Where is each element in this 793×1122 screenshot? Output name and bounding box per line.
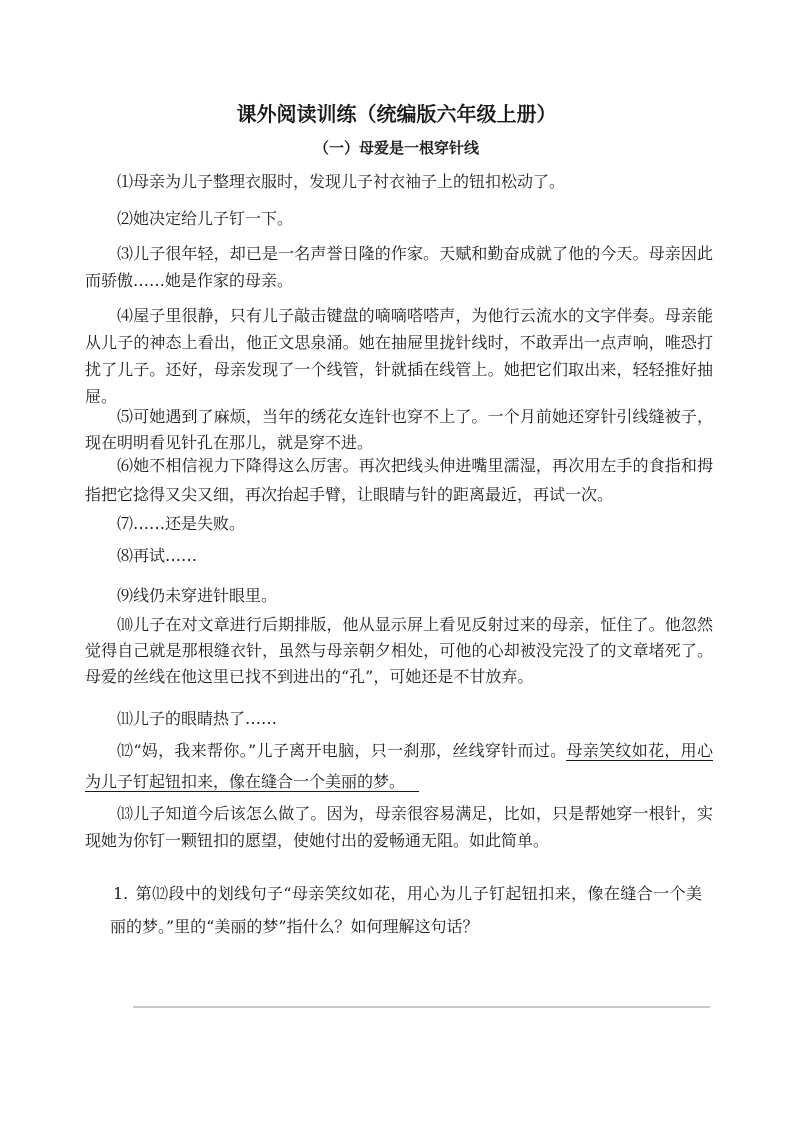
paragraph-12-lead-text: ⑿“妈，我来帮你。”儿子离开电脑，只一刹那，丝线穿针而过。 bbox=[117, 741, 566, 760]
question-1: 1.第⑿段中的划线句子“母亲笑纹如花，用心为儿子钉起钮扣来，像在缝合一个美丽的梦… bbox=[110, 877, 702, 943]
passage-paragraph-8: ⑻再试…… bbox=[85, 542, 713, 569]
passage-paragraph-10: ⑽儿子在对文章进行后期排版，他从显示屏上看见反射过来的母亲，怔住了。他忽然觉得自… bbox=[85, 612, 713, 690]
footer-divider-line bbox=[133, 1006, 710, 1008]
page-title: 课外阅读训练（统编版六年级上册） bbox=[0, 101, 793, 127]
passage-title: （一）母爱是一根穿针线 bbox=[0, 137, 793, 159]
question-1-text: 第⑿段中的划线句子“母亲笑纹如花，用心为儿子钉起钮扣来，像在缝合一个美丽的梦。”… bbox=[110, 884, 702, 936]
passage-paragraph-5: ⑸可她遇到了麻烦，当年的绣花女连针也穿不上了。一个月前她还穿针引线缝被子，现在明… bbox=[85, 404, 713, 456]
passage-paragraph-3: ⑶儿子很年轻，却已是一名声誉日隆的作家。天赋和勤奋成就了他的今天。母亲因此而骄傲… bbox=[85, 240, 713, 294]
passage-paragraph-13: ⒀儿子知道今后该怎么做了。因为，母亲很容易满足，比如，只是帮她穿一根针，实现她为… bbox=[85, 800, 713, 854]
passage-paragraph-12: ⑿“妈，我来帮你。”儿子离开电脑，只一刹那，丝线穿针而过。母亲笑纹如花，用心为儿… bbox=[85, 735, 713, 797]
worksheet-page: 课外阅读训练（统编版六年级上册） （一）母爱是一根穿针线 ⑴母亲为儿子整理衣服时… bbox=[0, 0, 793, 1122]
passage-paragraph-11: ⑾儿子的眼睛热了…… bbox=[85, 705, 713, 732]
question-1-number: 1. bbox=[113, 884, 128, 903]
passage-paragraph-6: ⑹她不相信视力下降得这么厉害。再次把线头伸进嘴里濡湿，再次用左手的食指和拇指把它… bbox=[85, 451, 713, 509]
passage-paragraph-1: ⑴母亲为儿子整理衣服时，发现儿子衬衣袖子上的钮扣松动了。 bbox=[85, 168, 713, 195]
passage-paragraph-7: ⑺……还是失败。 bbox=[85, 510, 713, 537]
passage-paragraph-2: ⑵她决定给儿子钉一下。 bbox=[85, 205, 713, 232]
passage-paragraph-4: ⑷屋子里很静，只有儿子敲击键盘的嘀嘀嗒嗒声，为他行云流水的文字伴奏。母亲能从儿子… bbox=[85, 302, 713, 410]
passage-paragraph-9: ⑼线仍未穿进针眼里。 bbox=[85, 582, 713, 609]
